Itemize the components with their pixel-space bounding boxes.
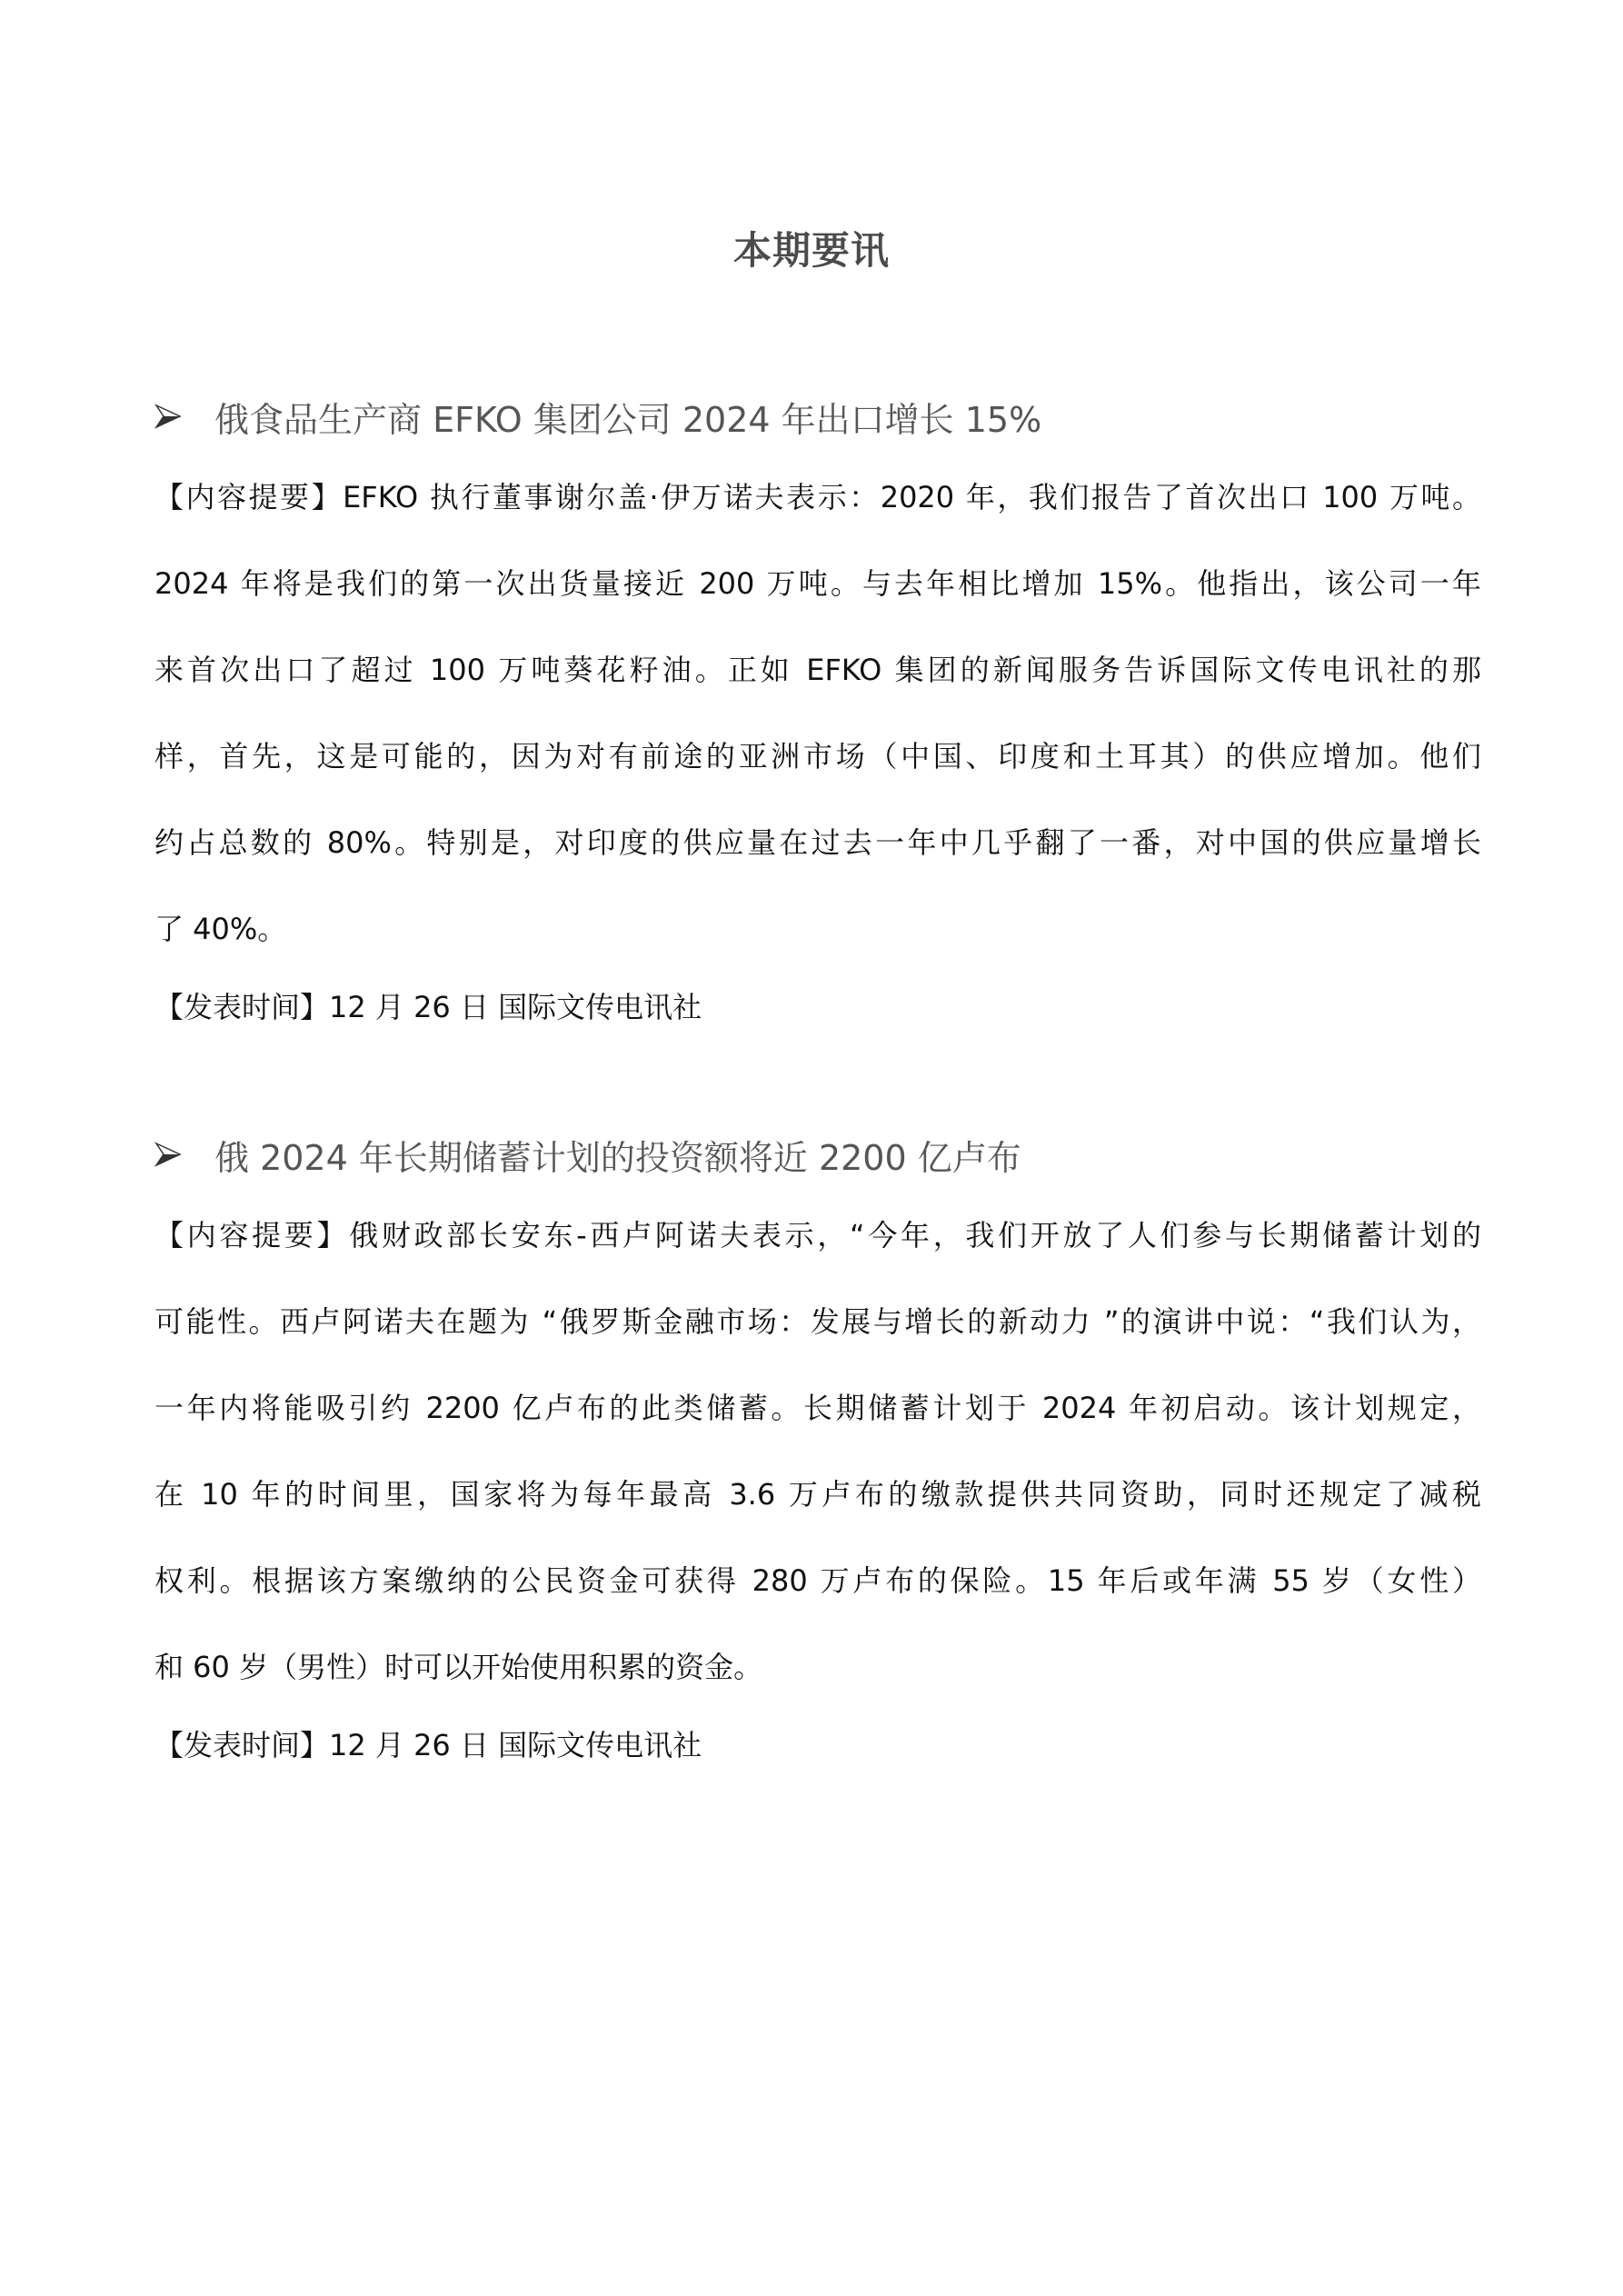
page-title: 本期要讯 — [0, 221, 1623, 275]
summary-line: 在 10 年的时间里，国家将为每年最高 3.6 万卢布的缴款提供共同资助，同时还… — [154, 1452, 1481, 1538]
arrowhead-bullet-icon — [154, 1136, 214, 1173]
arrowhead-bullet-icon — [154, 398, 214, 434]
publish-info: 【发表时间】12 月 26 日 国际文传电讯社 — [154, 980, 1481, 1034]
headline-text: 俄食品生产商 EFKO 集团公司 2024 年出口增长 15% — [214, 392, 1041, 442]
summary-line: 了 40%。 — [154, 886, 1481, 973]
summary-line: 和 60 岁（男性）时可以开始使用积累的资金。 — [154, 1624, 1481, 1711]
summary-line: 【内容提要】俄财政部长安东-西卢阿诺夫表示，“今年，我们开放了人们参与长期储蓄计… — [154, 1193, 1481, 1279]
summary-line: 一年内将能吸引约 2200 亿卢布的此类储蓄。长期储蓄计划于 2024 年初启动… — [154, 1365, 1481, 1452]
summary-line: 样，首先，这是可能的，因为对有前途的亚洲市场（中国、印度和土耳其）的供应增加。他… — [154, 714, 1481, 800]
summary-line: 来首次出口了超过 100 万吨葵花籽油。正如 EFKO 集团的新闻服务告诉国际文… — [154, 627, 1481, 714]
article-2: 俄 2024 年长期储蓄计划的投资额将近 2200 亿卢布 【内容提要】俄财政部… — [154, 1127, 1481, 1772]
summary-line: 约占总数的 80%。特别是，对印度的供应量在过去一年中几乎翻了一番，对中国的供应… — [154, 800, 1481, 886]
article-1: 俄食品生产商 EFKO 集团公司 2024 年出口增长 15% 【内容提要】EF… — [154, 389, 1481, 1034]
summary-line: 可能性。西卢阿诺夫在题为 “俄罗斯金融市场：发展与增长的新动力 ”的演讲中说：“… — [154, 1279, 1481, 1365]
headline-text: 俄 2024 年长期储蓄计划的投资额将近 2200 亿卢布 — [214, 1130, 1021, 1180]
article-headline: 俄食品生产商 EFKO 集团公司 2024 年出口增长 15% — [154, 389, 1481, 444]
article-headline: 俄 2024 年长期储蓄计划的投资额将近 2200 亿卢布 — [154, 1127, 1481, 1182]
summary-line: 权利。根据该方案缴纳的公民资金可获得 280 万卢布的保险。15 年后或年满 5… — [154, 1538, 1481, 1624]
summary-line: 【内容提要】EFKO 执行董事谢尔盖·伊万诺夫表示：2020 年，我们报告了首次… — [154, 454, 1481, 541]
summary-line: 2024 年将是我们的第一次出货量接近 200 万吨。与去年相比增加 15%。他… — [154, 541, 1481, 627]
publish-info: 【发表时间】12 月 26 日 国际文传电讯社 — [154, 1718, 1481, 1772]
